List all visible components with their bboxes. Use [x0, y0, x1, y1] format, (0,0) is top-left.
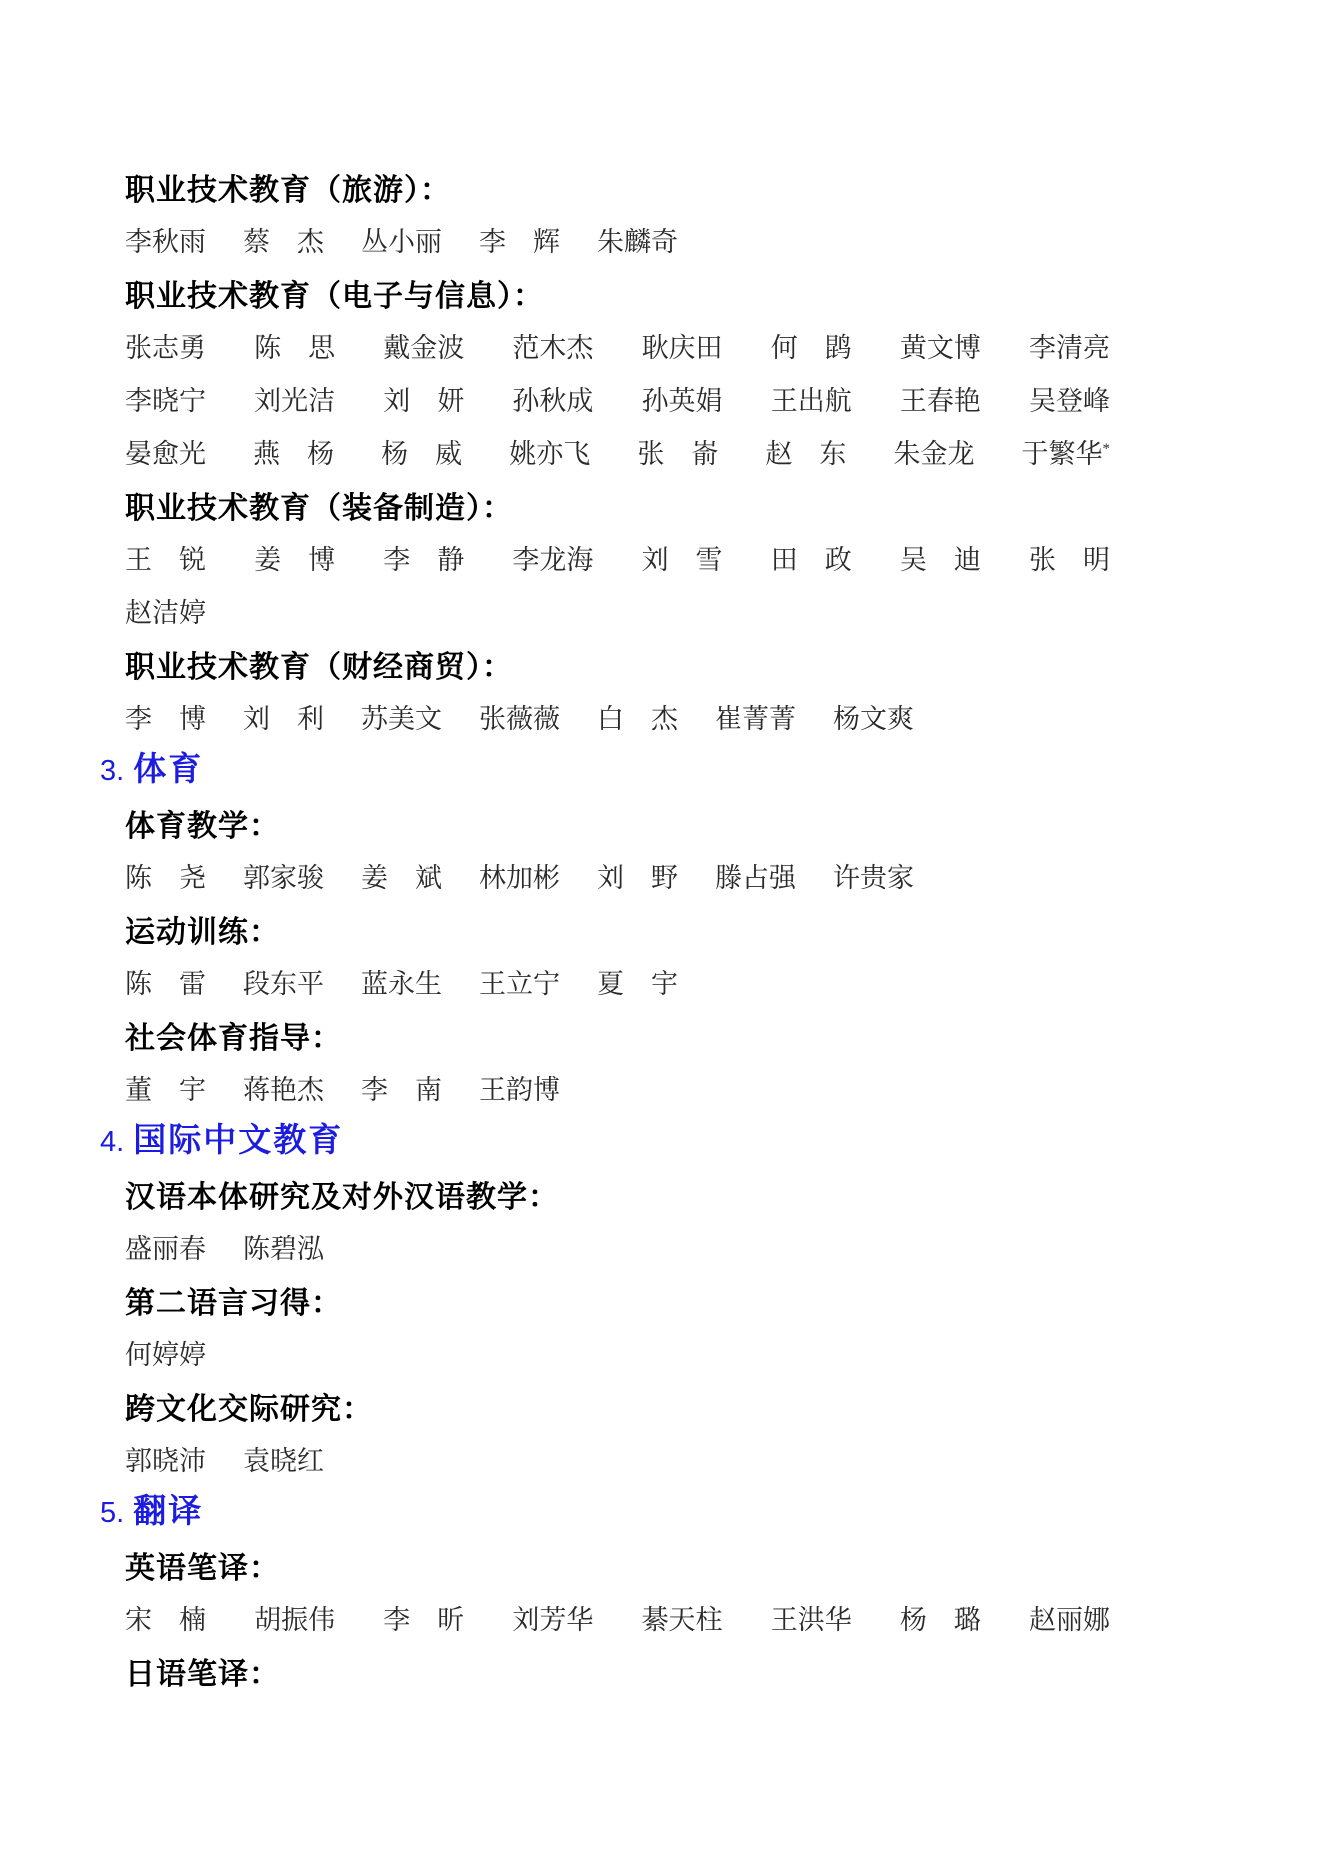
category-heading: 跨文化交际研究：: [125, 1379, 1322, 1432]
person-name: 胡振伟: [254, 1598, 335, 1637]
person-name: 晏愈光: [125, 432, 206, 471]
category-heading: 英语笔译：: [125, 1538, 1322, 1591]
section-number: 4.: [100, 1126, 124, 1159]
category-heading: 职业技术教育（电子与信息）：: [125, 266, 1322, 319]
person-name: 滕占强: [715, 856, 796, 895]
person-name: 赵洁婷: [125, 591, 206, 630]
person-name: 宋 楠: [125, 1598, 206, 1637]
person-name: 李 辉: [479, 220, 560, 259]
person-name: 李 南: [361, 1068, 442, 1107]
person-name: 吴登峰: [1029, 379, 1110, 418]
person-name: 李 博: [125, 697, 206, 736]
person-name: 何 鹍: [771, 326, 852, 365]
person-name: 耿庆田: [642, 326, 723, 365]
person-name: 李 静: [383, 538, 464, 577]
names-row: 陈 尧郭家骏姜 斌林加彬刘 野滕占强许贵家: [125, 849, 1110, 902]
person-name: 刘芳华: [512, 1598, 593, 1637]
names-row: 何婷婷: [125, 1326, 1110, 1379]
person-name: 田 政: [771, 538, 852, 577]
person-name: 丛小丽: [361, 220, 442, 259]
person-name: 赵丽娜: [1029, 1598, 1110, 1637]
person-name: 刘 妍: [383, 379, 464, 418]
person-name: 李晓宁: [125, 379, 206, 418]
person-name: 陈 雷: [125, 962, 206, 1001]
person-name: 朱金龙: [893, 432, 974, 471]
names-row: 李秋雨蔡 杰丛小丽李 辉朱麟奇: [125, 213, 1110, 266]
person-name: 王韵博: [479, 1068, 560, 1107]
person-name: 盛丽春: [125, 1227, 206, 1266]
names-row: 郭晓沛袁晓红: [125, 1432, 1110, 1485]
category-heading: 社会体育指导：: [125, 1008, 1322, 1061]
person-name: 于繁华*: [1022, 432, 1110, 471]
person-name: 董 宇: [125, 1068, 206, 1107]
section-heading: 5.翻译: [100, 1485, 1322, 1538]
person-name: 王立宁: [479, 962, 560, 1001]
person-name: 戴金波: [383, 326, 464, 365]
category-heading: 职业技术教育（装备制造）：: [125, 478, 1322, 531]
person-name: 白 杰: [597, 697, 678, 736]
person-name: 赵 东: [765, 432, 846, 471]
person-name: 陈 尧: [125, 856, 206, 895]
person-name: 袁晓红: [243, 1439, 324, 1478]
person-name: 李秋雨: [125, 220, 206, 259]
person-name: 李 昕: [383, 1598, 464, 1637]
names-row: 张志勇陈 思戴金波范木杰耿庆田何 鹍黄文博李清亮: [125, 319, 1110, 372]
section-number: 5.: [100, 1497, 124, 1530]
person-name: 李清亮: [1029, 326, 1110, 365]
person-name: 崔菁菁: [715, 697, 796, 736]
person-name: 王洪华: [771, 1598, 852, 1637]
category-heading: 汉语本体研究及对外汉语教学：: [125, 1167, 1322, 1220]
section-number: 3.: [100, 755, 124, 788]
person-name: 张 明: [1029, 538, 1110, 577]
person-name: 段东平: [243, 962, 324, 1001]
person-name: 吴 迪: [900, 538, 981, 577]
section-title: 国际中文教育: [133, 1114, 343, 1161]
person-name: 蓝永生: [361, 962, 442, 1001]
person-name: 孙秋成: [512, 379, 593, 418]
category-heading: 职业技术教育（财经商贸）：: [125, 637, 1322, 690]
person-name: 刘 野: [597, 856, 678, 895]
person-name: 王 锐: [125, 538, 206, 577]
section-heading: 4.国际中文教育: [100, 1114, 1322, 1167]
names-row: 宋 楠胡振伟李 昕刘芳华綦天柱王洪华杨 璐赵丽娜: [125, 1591, 1110, 1644]
person-name: 綦天柱: [642, 1598, 723, 1637]
person-name: 张志勇: [125, 326, 206, 365]
category-heading: 运动训练：: [125, 902, 1322, 955]
person-name: 杨 璐: [900, 1598, 981, 1637]
person-name: 杨文爽: [833, 697, 914, 736]
person-name: 蒋艳杰: [243, 1068, 324, 1107]
person-name: 姜 斌: [361, 856, 442, 895]
person-name: 孙英娟: [642, 379, 723, 418]
category-heading: 日语笔译：: [125, 1644, 1322, 1697]
names-row: 赵洁婷: [125, 584, 1110, 637]
section-heading: 3.体育: [100, 743, 1322, 796]
person-name: 张薇薇: [479, 697, 560, 736]
person-name: 黄文博: [900, 326, 981, 365]
person-name: 陈碧泓: [243, 1227, 324, 1266]
person-name: 王春艳: [900, 379, 981, 418]
section-title: 翻译: [133, 1485, 203, 1532]
document-page: 职业技术教育（旅游）：李秋雨蔡 杰丛小丽李 辉朱麟奇职业技术教育（电子与信息）：…: [0, 0, 1322, 1871]
person-name: 苏美文: [361, 697, 442, 736]
names-row: 盛丽春陈碧泓: [125, 1220, 1110, 1273]
person-name: 杨 威: [381, 432, 462, 471]
person-name: 刘光洁: [254, 379, 335, 418]
person-name: 朱麟奇: [597, 220, 678, 259]
person-name: 陈 思: [254, 326, 335, 365]
section-title: 体育: [133, 743, 203, 790]
names-row: 王 锐姜 博李 静李龙海刘 雪田 政吴 迪张 明: [125, 531, 1110, 584]
person-name: 何婷婷: [125, 1333, 206, 1372]
person-name: 姚亦飞: [509, 432, 590, 471]
names-row: 李 博刘 利苏美文张薇薇白 杰崔菁菁杨文爽: [125, 690, 1110, 743]
asterisk-note: *: [1103, 441, 1110, 457]
person-name: 林加彬: [479, 856, 560, 895]
category-heading: 体育教学：: [125, 796, 1322, 849]
person-name: 许贵家: [833, 856, 914, 895]
person-name: 刘 利: [243, 697, 324, 736]
names-row: 董 宇蒋艳杰李 南王韵博: [125, 1061, 1110, 1114]
category-heading: 职业技术教育（旅游）：: [125, 160, 1322, 213]
person-name: 张 嵛: [637, 432, 718, 471]
person-name: 蔡 杰: [243, 220, 324, 259]
person-name: 郭家骏: [243, 856, 324, 895]
person-name: 王出航: [771, 379, 852, 418]
person-name: 郭晓沛: [125, 1439, 206, 1478]
person-name: 燕 杨: [253, 432, 334, 471]
person-name: 范木杰: [512, 326, 593, 365]
names-row: 李晓宁刘光洁刘 妍孙秋成孙英娟王出航王春艳吴登峰: [125, 372, 1110, 425]
category-heading: 第二语言习得：: [125, 1273, 1322, 1326]
person-name: 李龙海: [512, 538, 593, 577]
person-name: 夏 宇: [597, 962, 678, 1001]
person-name: 姜 博: [254, 538, 335, 577]
person-name: 刘 雪: [642, 538, 723, 577]
names-row: 晏愈光燕 杨杨 威姚亦飞张 嵛赵 东朱金龙于繁华*: [125, 425, 1110, 478]
names-row: 陈 雷段东平蓝永生王立宁夏 宇: [125, 955, 1110, 1008]
